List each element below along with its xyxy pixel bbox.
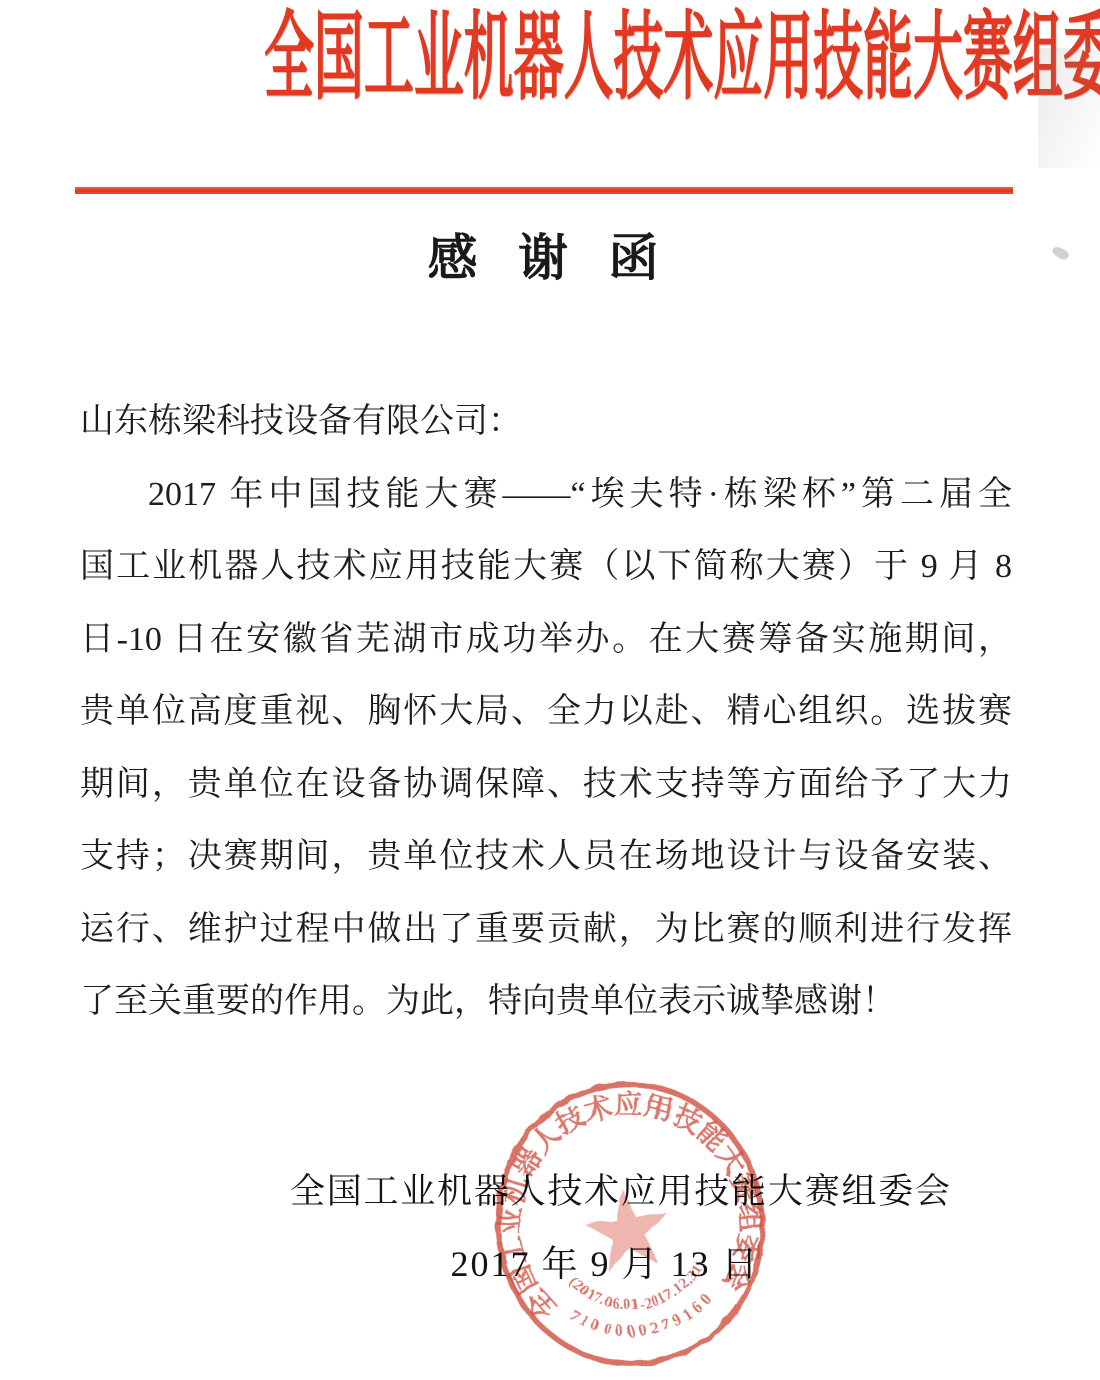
body-line: 日-10 日在安徽省芜湖市成功举办。在大赛筹备实施期间， — [80, 604, 1012, 677]
official-seal-stamp: 全国工业机器人技术应用技能大赛组委会 (2017.06.01-2017.12.3… — [480, 1078, 780, 1370]
letterhead-org-name: 全国工业机器人技术应用技能大赛组委会 — [264, 2, 836, 114]
letter-body: 山东栋梁科技设备有限公司： 2017 年中国技能大赛——“埃夫特·栋梁杯”第二届… — [80, 386, 1012, 1039]
body-line: 2017 年中国技能大赛——“埃夫特·栋梁杯”第二届全 — [80, 459, 1012, 532]
salutation-line: 山东栋梁科技设备有限公司： — [80, 386, 1012, 459]
body-closing-line: 了至关重要的作用。为此，特向贵单位表示诚挚感谢！ — [80, 966, 1012, 1039]
letterhead-divider-rule — [75, 187, 1013, 194]
body-line: 贵单位高度重视、胸怀大局、全力以赴、精心组织。选拔赛 — [80, 676, 1012, 749]
body-line: 期间，贵单位在设备协调保障、技术支持等方面给予了大力 — [80, 749, 1012, 822]
seal-star-icon — [581, 1183, 675, 1273]
scanned-letter-page: 全国工业机器人技术应用技能大赛组委会 感 谢 函 山东栋梁科技设备有限公司： 2… — [0, 0, 1100, 1380]
body-line: 支持；决赛期间，贵单位技术人员在场地设计与设备安装、 — [80, 821, 1012, 894]
body-line: 运行、维护过程中做出了重要贡献，为比赛的顺利进行发挥 — [80, 894, 1012, 967]
letter-title: 感 谢 函 — [0, 218, 1100, 290]
body-line: 国工业机器人技术应用技能大赛（以下简称大赛）于 9 月 8 — [80, 531, 1012, 604]
